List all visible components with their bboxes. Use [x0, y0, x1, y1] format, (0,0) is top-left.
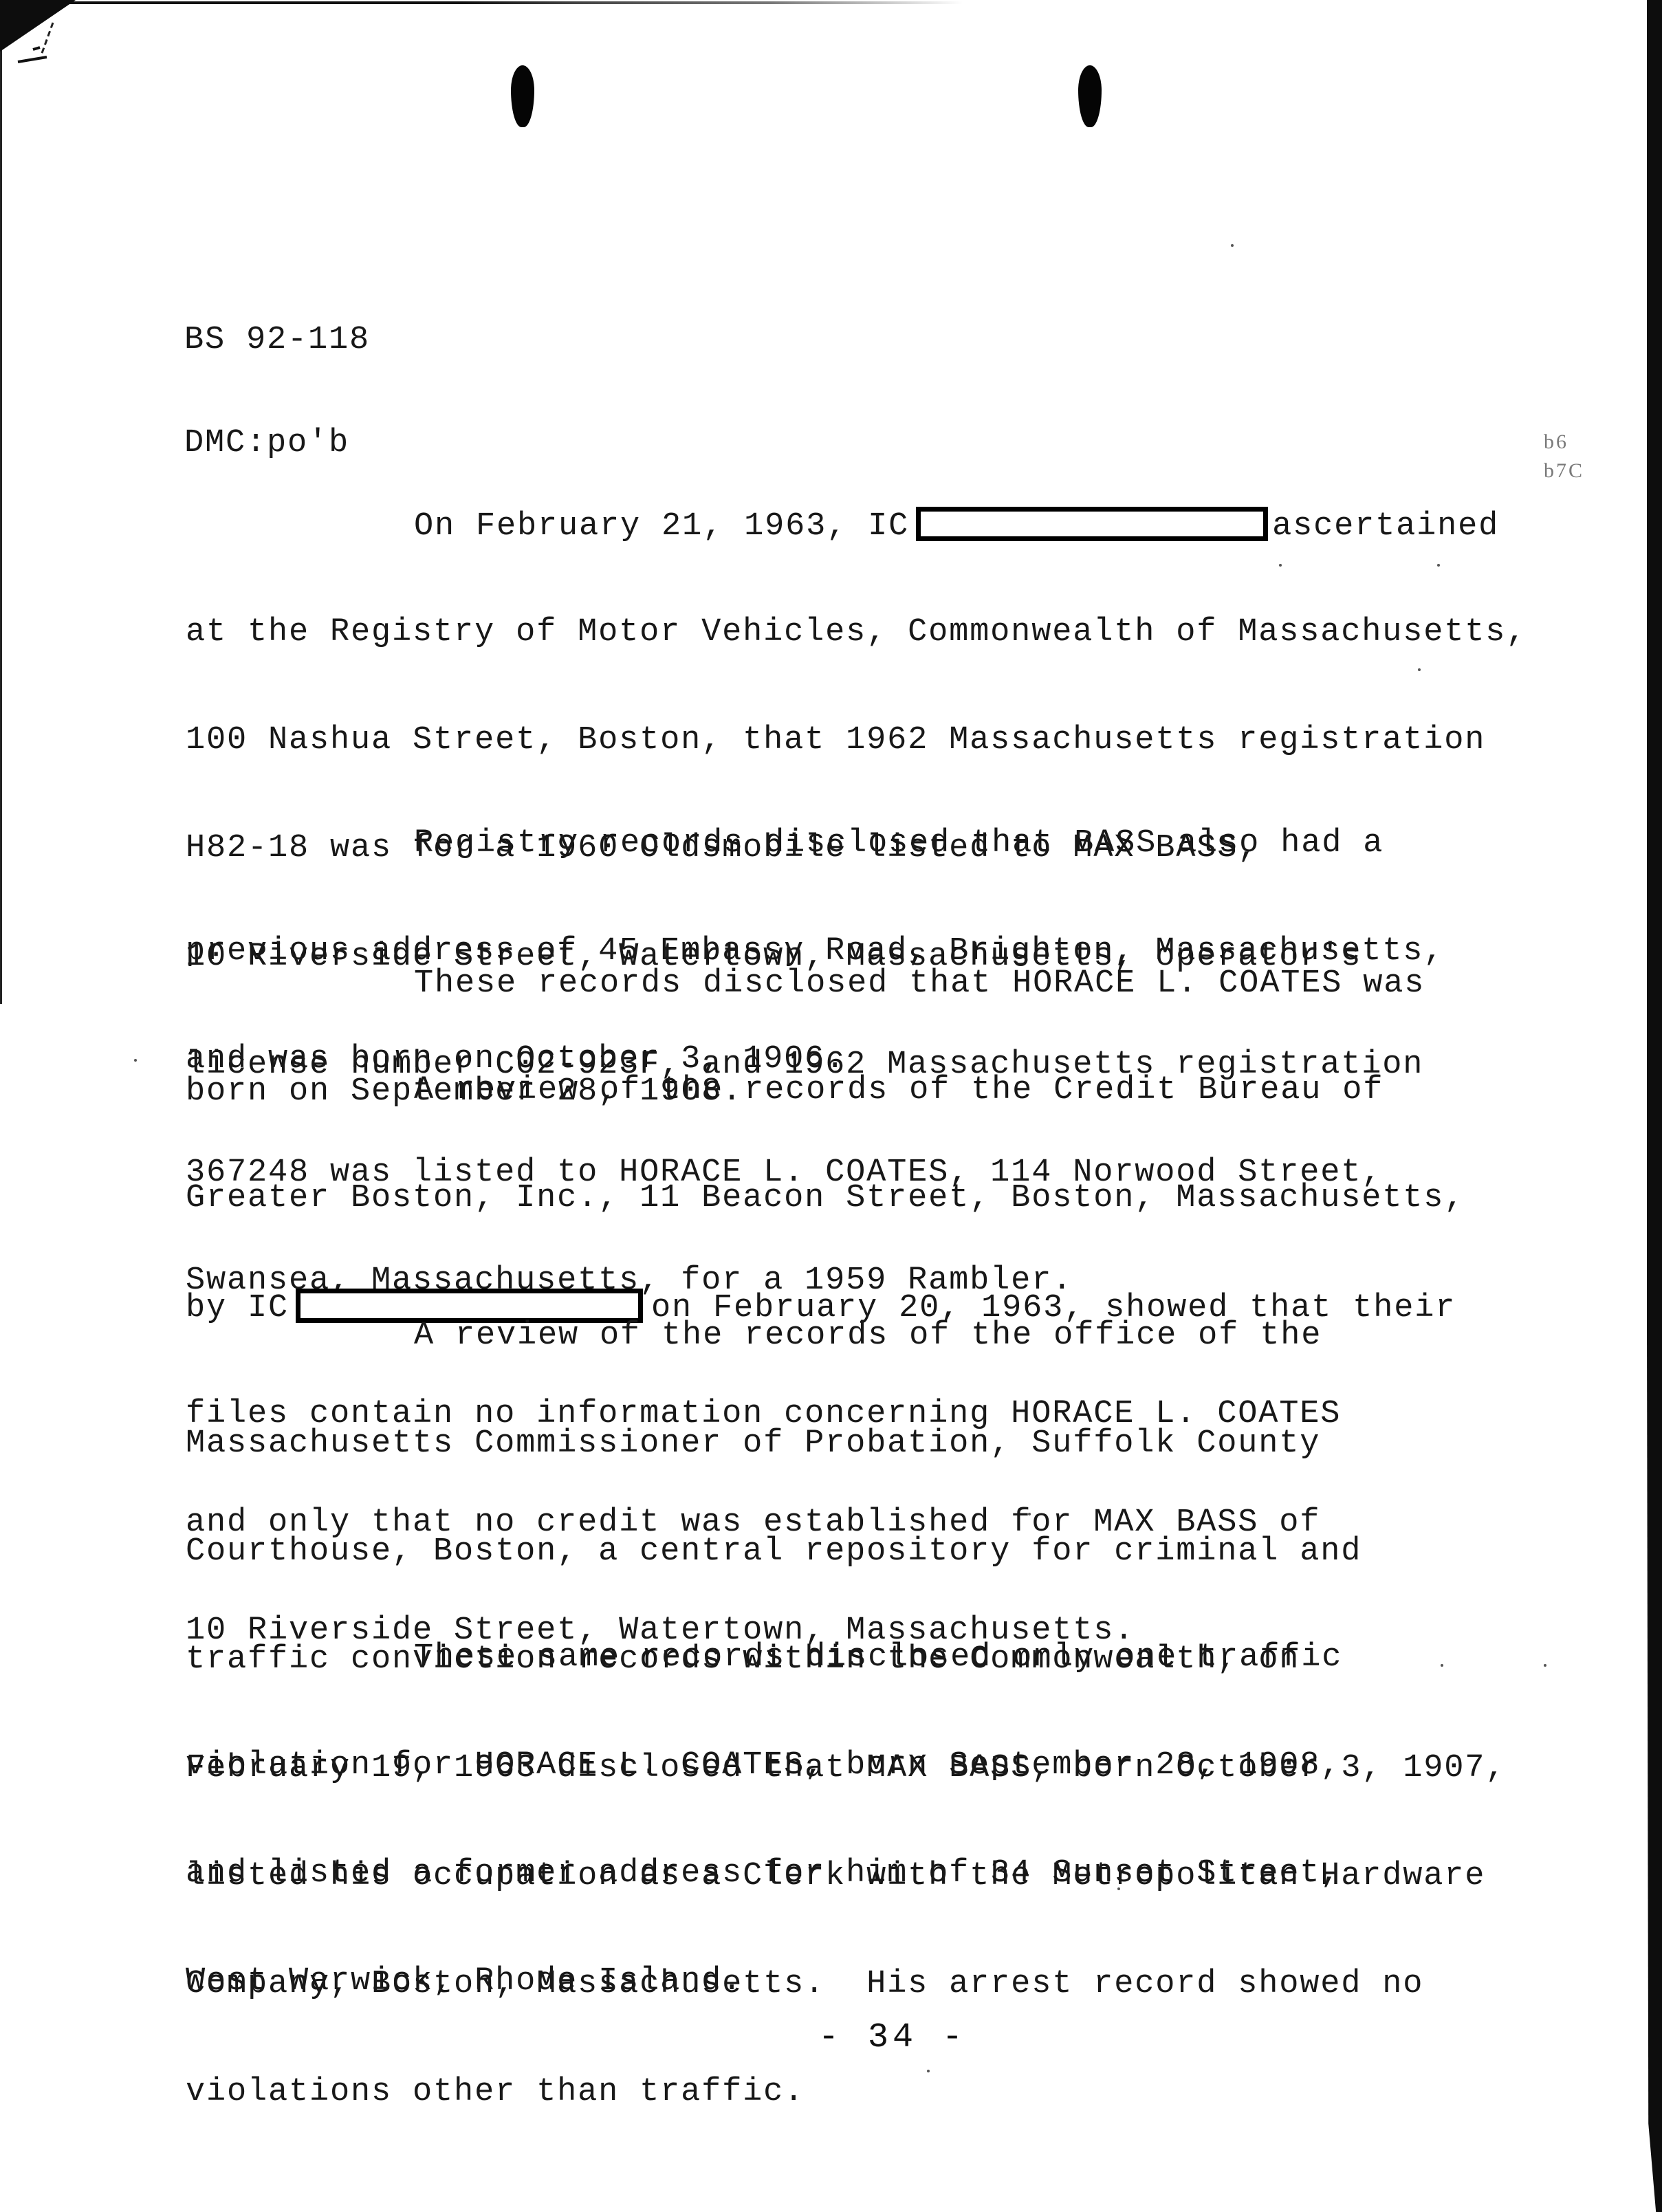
line-text: A review of the records of the office of… — [414, 1317, 1322, 1354]
corner-pencil-mark-icon — [15, 19, 56, 64]
punch-hole-right — [1078, 65, 1102, 127]
file-number: BS 92-118 — [184, 323, 370, 358]
scan-speck — [1279, 564, 1282, 567]
redaction-box — [916, 507, 1268, 541]
paragraph-line: violations other than traffic. — [186, 2074, 1506, 2110]
line-text: These same records disclosed only one tr… — [414, 1639, 1342, 1676]
scan-speck — [1028, 1513, 1031, 1515]
paragraph-line: at the Registry of Motor Vehicles, Commo… — [186, 615, 1527, 650]
line-text: A review of the records of the Credit Bu… — [414, 1072, 1384, 1108]
paragraph-line: These same records disclosed only one tr… — [186, 1640, 1342, 1676]
scan-speck — [927, 2070, 930, 2072]
paragraph-line: Greater Boston, Inc., 11 Beacon Street, … — [186, 1181, 1465, 1216]
paragraph-line: Registry records disclosed that BASS als… — [186, 826, 1444, 862]
scan-top-edge — [0, 1, 963, 4]
punch-hole-left — [511, 65, 534, 127]
paragraph-coates-traffic-violation: These same records disclosed only one tr… — [186, 1568, 1342, 2072]
scan-left-edge — [0, 41, 2, 1004]
line-text: ascertained — [1272, 508, 1499, 545]
paragraph-line: On February 21, 1963, ICascertained — [186, 507, 1527, 543]
document-page: BS 92-118 DMC:po'b b6 b7C On February 21… — [0, 0, 1662, 2212]
scan-speck — [1437, 564, 1440, 567]
line-text: Registry records disclosed that BASS als… — [414, 825, 1384, 862]
scan-speck — [1117, 1887, 1120, 1890]
paragraph-line: violation for HORACE L. COATES, born Sep… — [186, 1748, 1342, 1784]
line-text: On February 21, 1963, IC — [414, 508, 909, 545]
scan-speck — [1418, 668, 1421, 671]
paragraph-line: These records disclosed that HORACE L. C… — [186, 966, 1425, 1002]
paragraph-line: and listed a former address for him of 3… — [186, 1856, 1342, 1892]
scan-speck — [1544, 1664, 1546, 1667]
scan-speck — [134, 1059, 137, 1062]
paragraph-line: A review of the records of the Credit Bu… — [186, 1073, 1465, 1108]
paragraph-line: West Warwick, Rhode Island. — [186, 1964, 1342, 2000]
page-number: - 34 - — [818, 2018, 967, 2057]
exemption-code-b6: b6 — [1544, 428, 1568, 457]
exemption-code-b7c: b7C — [1544, 457, 1584, 485]
scan-speck — [1231, 244, 1234, 247]
paragraph-line: Massachusetts Commissioner of Probation,… — [186, 1426, 1506, 1462]
paragraph-line: Courthouse, Boston, a central repository… — [186, 1534, 1506, 1570]
paragraph-line: A review of the records of the office of… — [186, 1318, 1506, 1354]
scan-right-edge — [1647, 0, 1662, 2212]
scan-speck — [1441, 1664, 1443, 1667]
line-text: These records disclosed that HORACE L. C… — [414, 965, 1425, 1002]
